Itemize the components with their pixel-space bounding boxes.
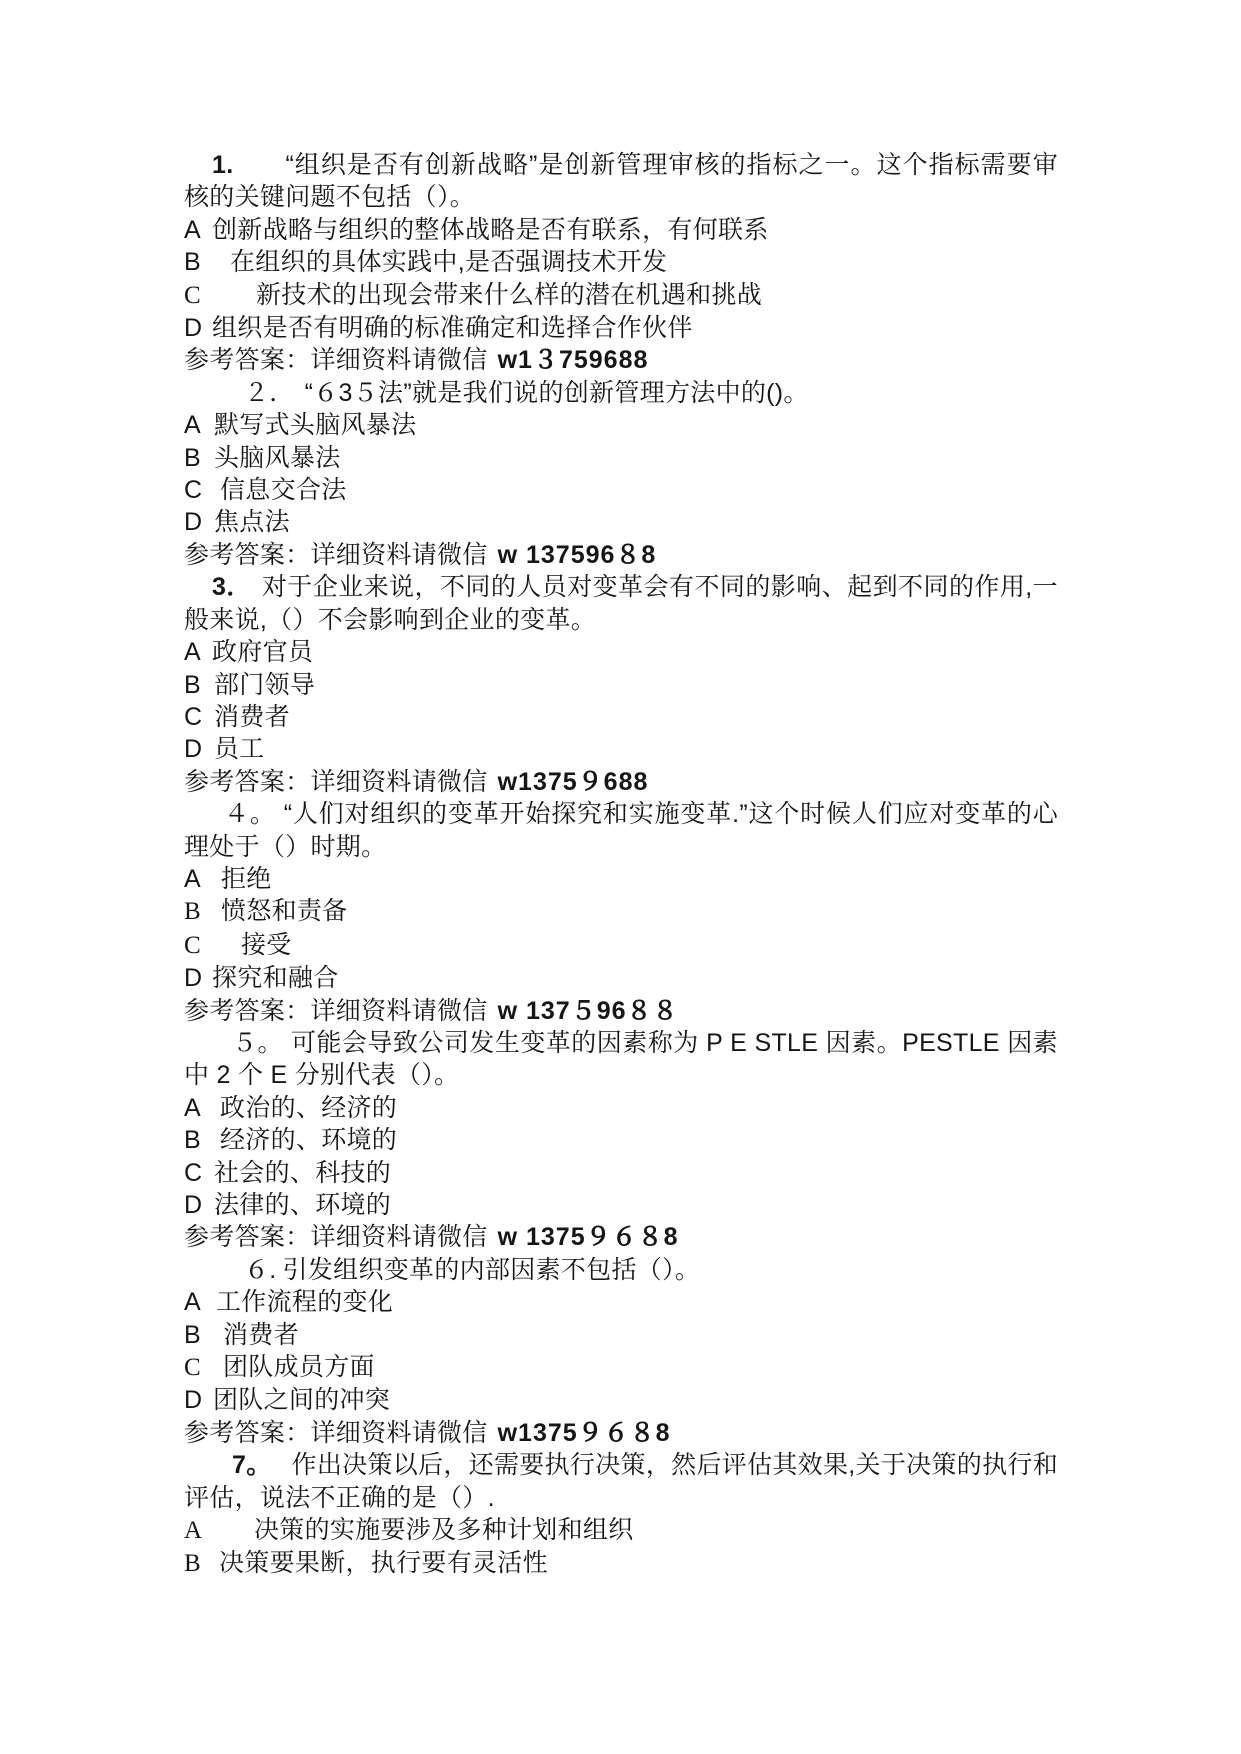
question-stem: “６3５法”就是我们说的创新管理方法中的()。 xyxy=(305,379,809,407)
option-letter: B xyxy=(184,896,206,928)
question-number: 3． xyxy=(212,573,252,601)
option-letter: C xyxy=(184,930,206,962)
question-number: 7。 xyxy=(232,1451,272,1479)
question-option: C消费者 xyxy=(184,701,1058,733)
option-text: 头脑风暴法 xyxy=(214,444,341,472)
question-option: A默写式头脑风暴法 xyxy=(184,409,1058,441)
option-text: 在组织的具体实践中,是否强调技术开发 xyxy=(230,248,667,276)
wechat-id: w 137596８8 xyxy=(498,541,657,569)
option-text: 政府官员 xyxy=(212,638,313,666)
option-letter: D xyxy=(184,733,206,765)
option-letter: B xyxy=(184,246,206,278)
question-block: 7。作出决策以后，还需要执行决策，然后评估其效果,关于决策的执行和评估，说法不正… xyxy=(184,1449,1058,1581)
question-option: D焦点法 xyxy=(184,506,1058,538)
option-letter: A xyxy=(184,1515,206,1547)
answer-line: 参考答案：详细资料请微信w 137５96８８ xyxy=(184,995,1058,1027)
question-option: B经济的、环境的 xyxy=(184,1124,1058,1156)
question-title: ５。可能会导致公司发生变革的因素称为 P E STLE 因素。PESTLE 因素… xyxy=(184,1027,1058,1092)
question-option: B消费者 xyxy=(184,1319,1058,1351)
option-text: 消费者 xyxy=(223,1321,299,1349)
question-stem: 可能会导致公司发生变革的因素称为 P E STLE 因素。PESTLE 因素中 … xyxy=(184,1029,1058,1089)
question-option: B部门领导 xyxy=(184,669,1058,701)
question-stem: “组织是否有创新战略”是创新管理审核的指标之一。这个指标需要审核的关键问题不包括… xyxy=(184,151,1058,211)
option-text: 团队成员方面 xyxy=(223,1353,375,1381)
question-block: ５。可能会导致公司发生变革的因素称为 P E STLE 因素。PESTLE 因素… xyxy=(184,1027,1058,1254)
option-letter: D xyxy=(184,1384,206,1416)
option-text: 信息交合法 xyxy=(220,476,347,504)
option-text: 创新战略与组织的整体战略是否有联系，有何联系 xyxy=(212,216,769,244)
question-option: D团队之间的冲突 xyxy=(184,1384,1058,1416)
answer-line: 参考答案：详细资料请微信w 1375９６８8 xyxy=(184,1221,1058,1253)
question-number: 1. xyxy=(212,151,233,179)
option-text: 组织是否有明确的标准确定和选择合作伙伴 xyxy=(212,314,693,342)
option-letter: A xyxy=(184,1286,206,1318)
option-text: 新技术的出现会带来什么样的潜在机遇和挑战 xyxy=(256,281,762,309)
wechat-id: w 137５96８８ xyxy=(498,997,679,1025)
option-letter: C xyxy=(184,701,206,733)
option-letter: A xyxy=(184,409,206,441)
option-text: 经济的、环境的 xyxy=(220,1126,397,1154)
option-letter: B xyxy=(184,1548,206,1580)
question-option: C团队成员方面 xyxy=(184,1351,1058,1384)
question-option: B在组织的具体实践中,是否强调技术开发 xyxy=(184,246,1058,278)
question-title: 1.“组织是否有创新战略”是创新管理审核的指标之一。这个指标需要审核的关键问题不… xyxy=(184,149,1058,214)
question-option: B愤怒和责备 xyxy=(184,895,1058,928)
answer-prefix: 参考答案：详细资料请微信 xyxy=(184,768,488,796)
question-title: 3．对于企业来说，不同的人员对变革会有不同的影响、起到不同的作用,一般来说,（）… xyxy=(184,571,1058,636)
question-block: 1.“组织是否有创新战略”是创新管理审核的指标之一。这个指标需要审核的关键问题不… xyxy=(184,149,1058,377)
question-option: A拒绝 xyxy=(184,863,1058,895)
option-text: 社会的、科技的 xyxy=(214,1159,391,1187)
answer-prefix: 参考答案：详细资料请微信 xyxy=(184,1419,488,1447)
question-option: A工作流程的变化 xyxy=(184,1286,1058,1318)
question-option: C信息交合法 xyxy=(184,474,1058,506)
question-stem: 引发组织变革的内部因素不包括（）。 xyxy=(283,1256,701,1284)
option-text: 焦点法 xyxy=(214,508,290,536)
question-stem: “人们对组织的变革开始探究和实施变革.”这个时候人们应对变革的心理处于（）时期。 xyxy=(184,800,1058,860)
answer-line: 参考答案：详细资料请微信w1375９688 xyxy=(184,766,1058,798)
wechat-id: w1375９688 xyxy=(498,768,649,796)
option-letter: B xyxy=(184,442,206,474)
option-letter: D xyxy=(184,506,206,538)
option-text: 拒绝 xyxy=(221,865,272,893)
question-option: A创新战略与组织的整体战略是否有联系，有何联系 xyxy=(184,214,1058,246)
option-text: 法律的、环境的 xyxy=(214,1191,391,1219)
option-letter: C xyxy=(184,280,206,312)
option-text: 政治的、经济的 xyxy=(220,1094,397,1122)
option-letter: A xyxy=(184,214,206,246)
question-title: ６.引发组织变革的内部因素不包括（）。 xyxy=(184,1254,1058,1286)
answer-prefix: 参考答案：详细资料请微信 xyxy=(184,346,488,374)
question-option: D探究和融合 xyxy=(184,962,1058,994)
question-option: D法律的、环境的 xyxy=(184,1189,1058,1221)
question-option: A决策的实施要涉及多种计划和组织 xyxy=(184,1514,1058,1547)
option-letter: D xyxy=(184,1189,206,1221)
option-letter: D xyxy=(184,312,206,344)
question-title: 7。作出决策以后，还需要执行决策，然后评估其效果,关于决策的执行和评估，说法不正… xyxy=(184,1449,1058,1514)
option-text: 部门领导 xyxy=(214,671,315,699)
option-text: 默写式头脑风暴法 xyxy=(214,411,416,439)
option-text: 团队之间的冲突 xyxy=(213,1386,390,1414)
question-option: A政府官员 xyxy=(184,636,1058,668)
answer-prefix: 参考答案：详细资料请微信 xyxy=(184,1223,488,1251)
option-text: 工作流程的变化 xyxy=(216,1288,393,1316)
document-page: 1.“组织是否有创新战略”是创新管理审核的指标之一。这个指标需要审核的关键问题不… xyxy=(0,0,1241,1754)
question-option: A政治的、经济的 xyxy=(184,1092,1058,1124)
question-block: ６.引发组织变革的内部因素不包括（）。A工作流程的变化B消费者C团队成员方面D团… xyxy=(184,1254,1058,1449)
question-block: 3．对于企业来说，不同的人员对变革会有不同的影响、起到不同的作用,一般来说,（）… xyxy=(184,571,1058,798)
answer-line: 参考答案：详细资料请微信w1375９６８8 xyxy=(184,1417,1058,1449)
question-option: D员工 xyxy=(184,733,1058,765)
option-letter: B xyxy=(184,669,206,701)
question-number: ５。 xyxy=(232,1029,283,1057)
answer-line: 参考答案：详细资料请微信w 137596８8 xyxy=(184,539,1058,571)
wechat-id: w1３759688 xyxy=(498,346,649,374)
question-option: B决策要果断，执行要有灵活性 xyxy=(184,1547,1058,1580)
option-text: 决策要果断，执行要有灵活性 xyxy=(219,1549,548,1577)
question-title: ４。“人们对组织的变革开始探究和实施变革.”这个时候人们应对变革的心理处于（）时… xyxy=(184,798,1058,863)
question-option: B头脑风暴法 xyxy=(184,442,1058,474)
question-block: ４。“人们对组织的变革开始探究和实施变革.”这个时候人们应对变革的心理处于（）时… xyxy=(184,798,1058,1027)
option-letter: A xyxy=(184,1092,206,1124)
option-letter: C xyxy=(184,1157,206,1189)
option-letter: A xyxy=(184,636,206,668)
question-number: ２． xyxy=(244,379,295,407)
wechat-id: w 1375９６８8 xyxy=(498,1223,679,1251)
question-block: ２．“６3５法”就是我们说的创新管理方法中的()。A默写式头脑风暴法B头脑风暴法… xyxy=(184,377,1058,571)
question-stem: 对于企业来说，不同的人员对变革会有不同的影响、起到不同的作用,一般来说,（）不会… xyxy=(184,573,1058,633)
option-letter: B xyxy=(184,1124,206,1156)
option-text: 愤怒和责备 xyxy=(221,897,348,925)
option-text: 决策的实施要涉及多种计划和组织 xyxy=(254,1516,634,1544)
answer-line: 参考答案：详细资料请微信w1３759688 xyxy=(184,344,1058,376)
question-option: C接受 xyxy=(184,929,1058,962)
question-number: ６. xyxy=(244,1256,277,1284)
question-number: ４。 xyxy=(224,800,276,828)
answer-prefix: 参考答案：详细资料请微信 xyxy=(184,541,488,569)
option-letter: D xyxy=(184,962,206,994)
option-letter: A xyxy=(184,863,206,895)
option-text: 消费者 xyxy=(214,703,290,731)
question-title: ２．“６3５法”就是我们说的创新管理方法中的()。 xyxy=(184,377,1058,409)
option-text: 探究和融合 xyxy=(212,964,339,992)
questions-list: 1.“组织是否有创新战略”是创新管理审核的指标之一。这个指标需要审核的关键问题不… xyxy=(184,149,1058,1581)
question-option: C社会的、科技的 xyxy=(184,1157,1058,1189)
question-stem: 作出决策以后，还需要执行决策，然后评估其效果,关于决策的执行和评估，说法不正确的… xyxy=(184,1451,1058,1511)
option-letter: C xyxy=(184,1352,206,1384)
option-text: 员工 xyxy=(214,735,265,763)
wechat-id: w1375９６８8 xyxy=(498,1419,671,1447)
question-option: C新技术的出现会带来什么样的潜在机遇和挑战 xyxy=(184,279,1058,312)
question-option: D组织是否有明确的标准确定和选择合作伙伴 xyxy=(184,312,1058,344)
option-letter: B xyxy=(184,1319,206,1351)
option-letter: C xyxy=(184,474,206,506)
answer-prefix: 参考答案：详细资料请微信 xyxy=(184,997,488,1025)
option-text: 接受 xyxy=(241,931,292,959)
